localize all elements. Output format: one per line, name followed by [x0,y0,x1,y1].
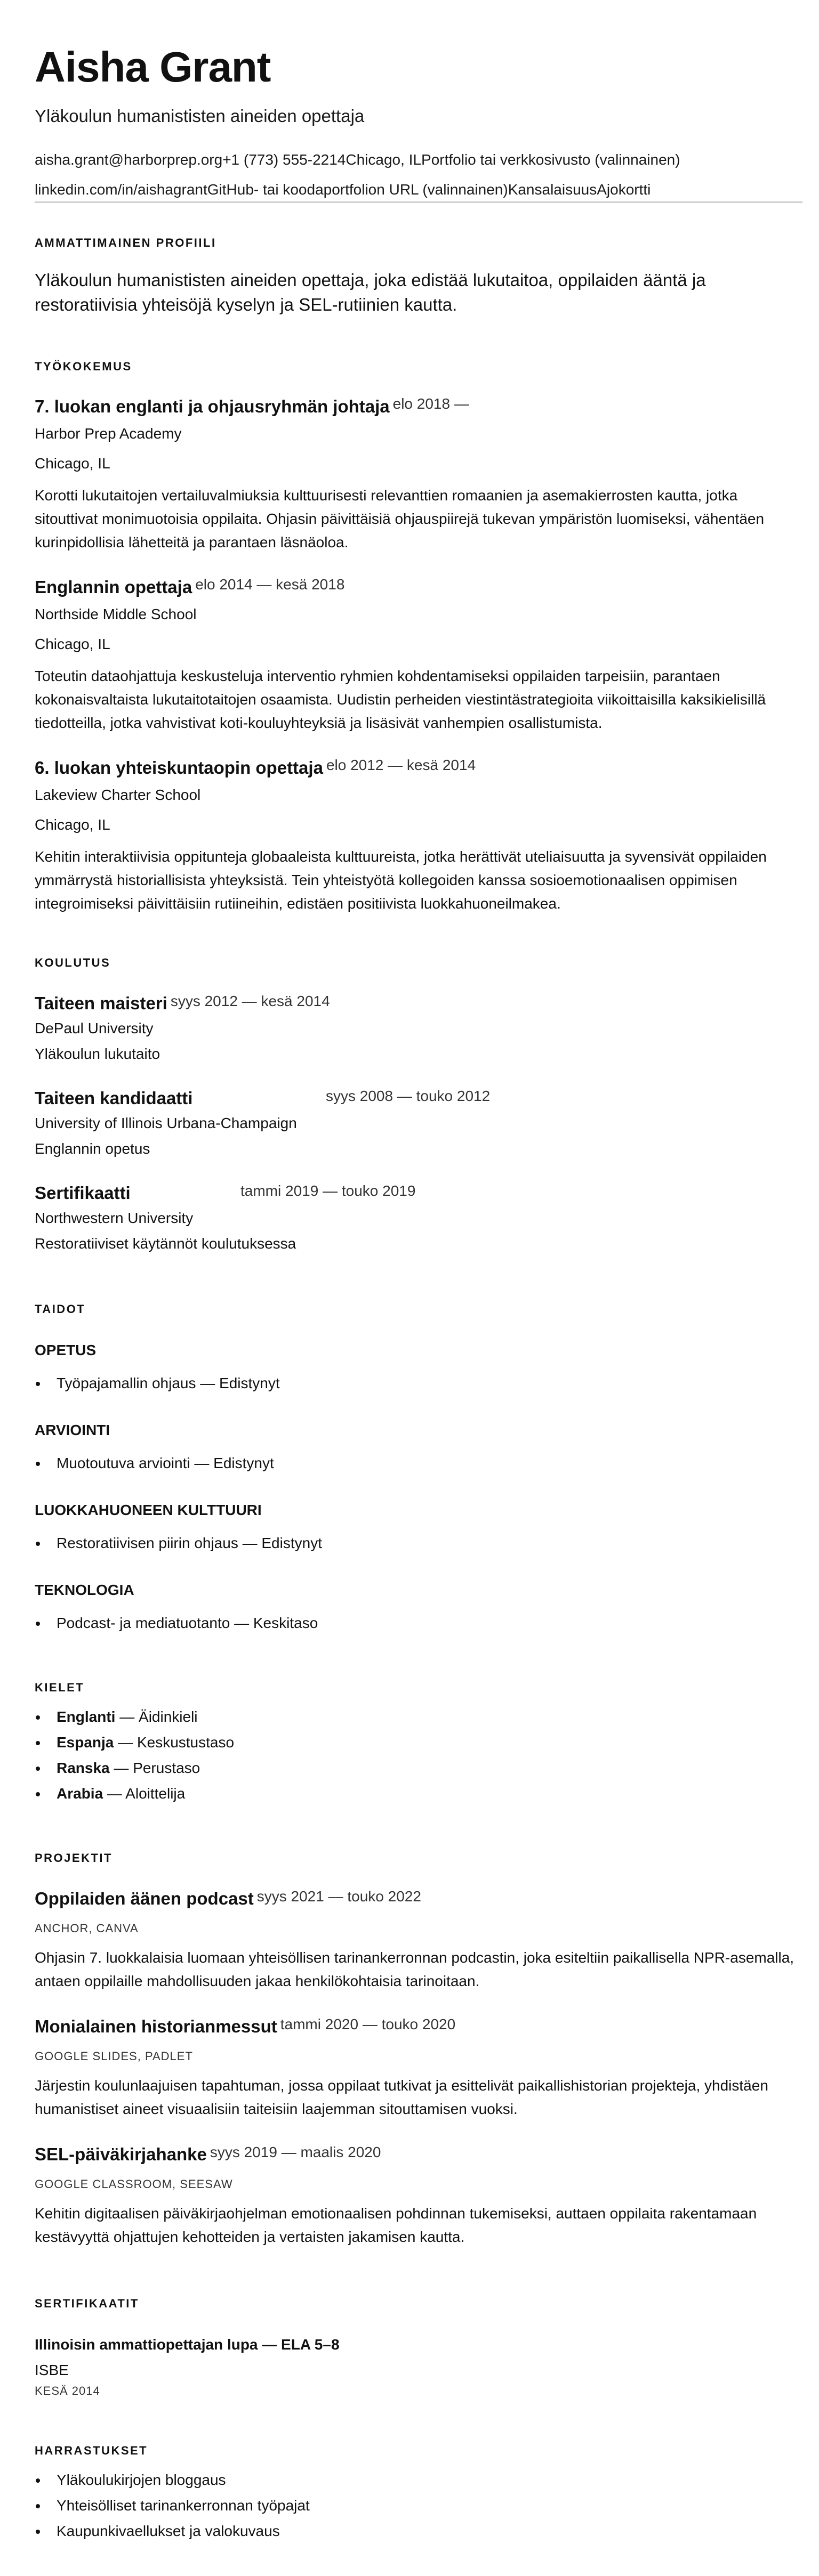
project-tech: Google Classroom, Seesaw [35,2176,802,2192]
skill-item: Työpajamallin ohjaus — Edistynyt [35,1371,802,1396]
skill-group: TEKNOLOGIAPodcast- ja mediatuotanto — Ke… [35,1579,802,1636]
contact-line-1: aisha.grant@harborprep.org+1 (773) 555-2… [35,149,802,171]
hobby-item: Kaupunkivaellukset ja valokuvaus [35,2518,802,2544]
language-separator: — [115,1708,139,1725]
project-description: Kehitin digitaalisen päiväkirjaohjelman … [35,2202,802,2249]
school-name: DePaul University [35,1018,802,1039]
education-entry: Taiteen kandidaattisyys 2008 — touko 201… [35,1088,802,1160]
certification-entry: Illinoisin ammattiopettajan lupa — ELA 5… [35,2334,802,2399]
certification-issuer: ISBE [35,2360,802,2381]
entry-title-row: Taiteen kandidaattisyys 2008 — touko 201… [35,1088,802,1108]
section-heading-education: Koulutus [35,956,802,970]
employer-name: Northside Middle School [35,604,802,625]
experience-entry: Englannin opettajaelo 2014 — kesä 2018No… [35,577,802,735]
language-separator: — [114,1734,137,1751]
project-dates: syys 2021 — touko 2022 [257,1889,421,1905]
skill-list: Podcast- ja mediatuotanto — Keskitaso [35,1610,802,1636]
education-dates: tammi 2019 — touko 2019 [240,1183,415,1199]
project-dates: syys 2019 — maalis 2020 [210,2144,381,2160]
entry-title-row: Oppilaiden äänen podcastsyys 2021 — touk… [35,1889,802,1909]
job-location: Chicago, IL [35,453,802,474]
project-entry: SEL-päiväkirjahankesyys 2019 — maalis 20… [35,2144,802,2249]
experience-section: Työkokemus 7. luokan englanti ja ohjausr… [35,360,802,916]
skill-group: ARVIOINTIMuotoutuva arviointi — Edistyny… [35,1420,802,1476]
school-name: University of Illinois Urbana-Champaign [35,1113,802,1134]
location: Chicago, IL [346,151,421,168]
education-entry: Taiteen maisterisyys 2012 — kesä 2014DeP… [35,993,802,1065]
employer-name: Harbor Prep Academy [35,423,802,444]
skills-section: Taidot OPETUSTyöpajamallin ohjaus — Edis… [35,1302,802,1636]
linkedin-link[interactable]: linkedin.com/in/aishagrant [35,181,207,198]
entry-title-row: 7. luokan englanti ja ohjausryhmän johta… [35,396,802,421]
hobby-item: Yläkoulukirjojen bloggaus [35,2467,802,2493]
entry-title-row: SEL-päiväkirjahankesyys 2019 — maalis 20… [35,2144,802,2165]
project-entry: Oppilaiden äänen podcastsyys 2021 — touk… [35,1889,802,1993]
skill-group: OPETUSTyöpajamallin ohjaus — Edistynyt [35,1340,802,1396]
project-description: Ohjasin 7. luokkalaisia luomaan yhteisöl… [35,1946,802,1993]
field-of-study: Englannin opetus [35,1138,802,1160]
language-level: Aloittelija [125,1785,185,1802]
skill-item: Restoratiivisen piirin ohjaus — Edistyny… [35,1530,802,1556]
skill-group-title: ARVIOINTI [35,1420,802,1441]
languages-list: Englanti — ÄidinkieliEspanja — Keskustus… [35,1704,802,1807]
job-dates: elo 2012 — kesä 2014 [326,757,476,773]
language-level: Äidinkieli [139,1708,198,1725]
field-of-study: Yläkoulun lukutaito [35,1043,802,1065]
project-entry: Monialainen historianmessuttammi 2020 — … [35,2016,802,2121]
profile-summary: Yläkoulun humanististen aineiden opettaj… [35,268,802,317]
portfolio-link[interactable]: Portfolio tai verkkosivusto (valinnainen… [421,151,680,168]
section-heading-profile: Ammattimainen profiili [35,236,802,250]
skill-list: Restoratiivisen piirin ohjaus — Edistyny… [35,1530,802,1556]
language-name: Englanti [57,1708,115,1725]
citizenship: Kansalaisuus [508,181,597,198]
language-item: Arabia — Aloittelija [35,1781,802,1807]
language-item: Englanti — Äidinkieli [35,1704,802,1730]
degree-title: Sertifikaatti [35,1183,237,1203]
experience-entry: 7. luokan englanti ja ohjausryhmän johta… [35,396,802,554]
entry-title-row: 6. luokan yhteiskuntaopin opettajaelo 20… [35,757,802,782]
language-name: Ranska [57,1760,110,1776]
degree-title: Taiteen maisteri [35,993,167,1014]
phone-number[interactable]: +1 (773) 555-2214 [222,151,346,168]
experience-entry: 6. luokan yhteiskuntaopin opettajaelo 20… [35,757,802,916]
section-heading-projects: Projektit [35,1851,802,1865]
job-title: 6. luokan yhteiskuntaopin opettaja [35,757,323,779]
project-description: Järjestin koulunlaajuisen tapahtuman, jo… [35,2074,802,2121]
skill-group-title: TEKNOLOGIA [35,1579,802,1601]
section-heading-languages: Kielet [35,1681,802,1695]
field-of-study: Restoratiiviset käytännöt koulutuksessa [35,1233,802,1254]
github-link[interactable]: GitHub- tai koodaportfolion URL (valinna… [207,181,508,198]
language-level: Keskustustaso [137,1734,234,1751]
school-name: Northwestern University [35,1208,802,1229]
job-dates: elo 2014 — kesä 2018 [195,577,344,593]
section-heading-experience: Työkokemus [35,360,802,374]
job-description: Korotti lukutaitojen vertailuvalmiuksia … [35,484,802,554]
skill-list: Työpajamallin ohjaus — Edistynyt [35,1371,802,1396]
project-name: Monialainen historianmessut [35,2016,277,2037]
skill-group-title: LUOKKAHUONEEN KULTTUURI [35,1500,802,1521]
education-section: Koulutus Taiteen maisterisyys 2012 — kes… [35,956,802,1254]
education-dates: syys 2008 — touko 2012 [326,1088,490,1104]
job-description: Toteutin dataohjattuja keskusteluja inte… [35,665,802,735]
job-title: 7. luokan englanti ja ohjausryhmän johta… [35,396,390,417]
project-tech: Anchor, Canva [35,1921,802,1937]
language-name: Espanja [57,1734,114,1751]
entry-title-row: Taiteen maisterisyys 2012 — kesä 2014 [35,993,802,1014]
section-heading-hobbies: Harrastukset [35,2444,802,2458]
language-separator: — [103,1785,125,1802]
certification-name: Illinoisin ammattiopettajan lupa — ELA 5… [35,2334,802,2355]
header-divider [35,201,802,203]
language-name: Arabia [57,1785,103,1802]
entry-title-row: Englannin opettajaelo 2014 — kesä 2018 [35,577,802,602]
entry-title-row: Monialainen historianmessuttammi 2020 — … [35,2016,802,2037]
candidate-headline: Yläkoulun humanististen aineiden opettaj… [35,104,802,128]
skill-group-title: OPETUS [35,1340,802,1361]
email-link[interactable]: aisha.grant@harborprep.org [35,151,222,168]
language-separator: — [110,1760,133,1776]
section-heading-skills: Taidot [35,1302,802,1316]
certification-date: Kesä 2014 [35,2383,802,2399]
job-dates: elo 2018 — [393,396,469,412]
language-item: Ranska — Perustaso [35,1755,802,1781]
skill-list: Muotoutuva arviointi — Edistynyt [35,1451,802,1476]
project-name: SEL-päiväkirjahanke [35,2144,207,2165]
project-name: Oppilaiden äänen podcast [35,1889,254,1909]
hobby-item: Yhteisölliset tarinankerronnan työpajat [35,2493,802,2518]
skill-item: Muotoutuva arviointi — Edistynyt [35,1451,802,1476]
education-dates: syys 2012 — kesä 2014 [171,993,330,1009]
hobbies-list: Yläkoulukirjojen bloggausYhteisölliset t… [35,2467,802,2544]
entry-title-row: Sertifikaattitammi 2019 — touko 2019 [35,1183,802,1203]
language-level: Perustaso [133,1760,200,1776]
education-entry: Sertifikaattitammi 2019 — touko 2019Nort… [35,1183,802,1254]
degree-title: Taiteen kandidaatti [35,1088,323,1108]
projects-section: Projektit Oppilaiden äänen podcastsyys 2… [35,1851,802,2249]
certifications-section: Sertifikaatit Illinoisin ammattiopettaja… [35,2297,802,2399]
skill-item: Podcast- ja mediatuotanto — Keskitaso [35,1610,802,1636]
contact-line-2: linkedin.com/in/aishagrantGitHub- tai ko… [35,179,802,200]
profile-section: Ammattimainen profiili Yläkoulun humanis… [35,236,802,317]
candidate-name: Aisha Grant [35,0,802,91]
drivers-license: Ajokortti [597,181,651,198]
resume-header: Aisha Grant Yläkoulun humanististen aine… [35,0,802,203]
employer-name: Lakeview Charter School [35,784,802,806]
project-tech: Google Slides, Padlet [35,2048,802,2064]
section-heading-certifications: Sertifikaatit [35,2297,802,2311]
job-description: Kehitin interaktiivisia oppitunteja glob… [35,845,802,916]
hobbies-section: Harrastukset Yläkoulukirjojen bloggausYh… [35,2444,802,2544]
language-item: Espanja — Keskustustaso [35,1730,802,1755]
resume-page: Aisha Grant Yläkoulun humanististen aine… [0,0,819,2576]
job-location: Chicago, IL [35,634,802,655]
skill-group: LUOKKAHUONEEN KULTTUURIRestoratiivisen p… [35,1500,802,1556]
job-location: Chicago, IL [35,814,802,836]
languages-section: Kielet Englanti — ÄidinkieliEspanja — Ke… [35,1681,802,1807]
project-dates: tammi 2020 — touko 2020 [280,2016,455,2032]
job-title: Englannin opettaja [35,577,192,598]
